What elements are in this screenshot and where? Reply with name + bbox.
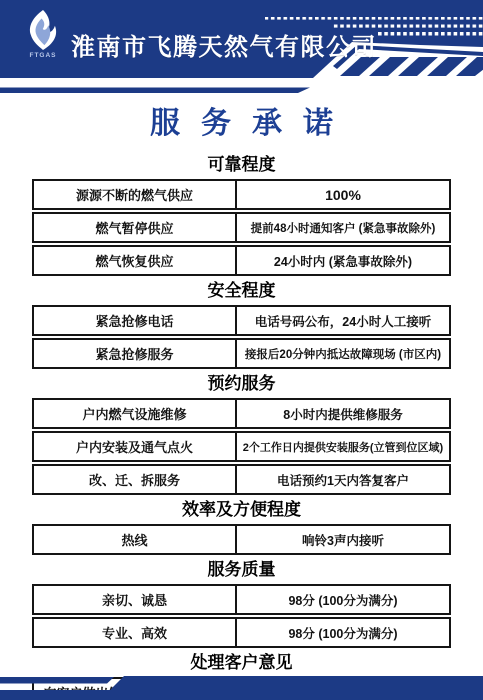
company-logo: FTGAS: [17, 9, 69, 59]
commitment-cell: 8小时内提供维修服务: [237, 400, 449, 427]
poster-page: FTGAS 淮南市飞腾天然气有限公司 服务承诺 可靠程度 源源不断的燃气供应 1…: [0, 0, 483, 700]
footer-band: [0, 676, 483, 700]
commitment-cell: 响铃3声内接听: [237, 526, 449, 553]
section-heading: 安全程度: [32, 281, 451, 301]
service-item-cell: 燃气暂停供应: [34, 214, 237, 241]
table-row: 热线 响铃3声内接听: [32, 524, 451, 555]
service-item-cell: 户内安装及通气点火: [34, 433, 237, 460]
commitment-cell: 24小时内 (紧急事故除外): [237, 247, 449, 274]
content-area: 服务承诺 可靠程度 源源不断的燃气供应 100% 燃气暂停供应 提前48小时通知…: [32, 100, 451, 700]
service-item-cell: 紧急抢修服务: [34, 340, 237, 367]
dots-row-1: [265, 17, 483, 21]
table-row: 专业、高效 98分 (100分为满分): [32, 617, 451, 648]
commitment-cell: 100%: [237, 181, 449, 208]
commitment-cell: 98分 (100分为满分): [237, 586, 449, 613]
table-row: 紧急抢修服务 接报后20分钟内抵达故障现场 (市区内): [32, 338, 451, 369]
table-row: 亲切、诚恳 98分 (100分为满分): [32, 584, 451, 615]
section-appointment: 预约服务 户内燃气设施维修 8小时内提供维修服务 户内安装及通气点火 2个工作日…: [32, 374, 451, 495]
commitment-cell: 电话号码公布，24小时人工接听: [237, 307, 449, 334]
header-banner: FTGAS 淮南市飞腾天然气有限公司: [0, 0, 483, 95]
section-heading: 效率及方便程度: [32, 500, 451, 520]
service-item-cell: 源源不断的燃气供应: [34, 181, 237, 208]
section-heading: 预约服务: [32, 374, 451, 394]
table-row: 源源不断的燃气供应 100%: [32, 179, 451, 210]
footer-accent-bar: [0, 677, 114, 684]
service-item-cell: 亲切、诚恳: [34, 586, 237, 613]
table-row: 燃气恢复供应 24小时内 (紧急事故除外): [32, 245, 451, 276]
table-row: 燃气暂停供应 提前48小时通知客户 (紧急事故除外): [32, 212, 451, 243]
section-heading: 服务质量: [32, 560, 451, 580]
commitment-cell: 电话预约1天内答复客户: [237, 466, 449, 493]
section-quality: 服务质量 亲切、诚恳 98分 (100分为满分) 专业、高效 98分 (100分…: [32, 560, 451, 648]
header-underline: [0, 88, 310, 94]
dots-row-3: [377, 32, 483, 36]
section-heading: 可靠程度: [32, 155, 451, 175]
logo-text: FTGAS: [29, 52, 56, 59]
table-row: 户内燃气设施维修 8小时内提供维修服务: [32, 398, 451, 429]
section-efficiency: 效率及方便程度 热线 响铃3声内接听: [32, 500, 451, 555]
service-item-cell: 专业、高效: [34, 619, 237, 646]
flame-logo-icon: [23, 9, 63, 51]
commitment-cell: 98分 (100分为满分): [237, 619, 449, 646]
table-row: 户内安装及通气点火 2个工作日内提供安装服务(立管到位区域): [32, 431, 451, 462]
service-item-cell: 改、迁、拆服务: [34, 466, 237, 493]
service-item-cell: 户内燃气设施维修: [34, 400, 237, 427]
company-name: 淮南市飞腾天然气有限公司: [71, 27, 377, 62]
page-title: 服务承诺: [32, 104, 451, 143]
commitment-cell: 接报后20分钟内抵达故障现场 (市区内): [237, 340, 449, 367]
commitment-cell: 2个工作日内提供安装服务(立管到位区域): [237, 433, 449, 460]
service-item-cell: 热线: [34, 526, 237, 553]
section-safety: 安全程度 紧急抢修电话 电话号码公布，24小时人工接听 紧急抢修服务 接报后20…: [32, 281, 451, 369]
service-item-cell: 紧急抢修电话: [34, 307, 237, 334]
table-row: 改、迁、拆服务 电话预约1天内答复客户: [32, 464, 451, 495]
commitment-cell: 提前48小时通知客户 (紧急事故除外): [237, 214, 449, 241]
section-reliability: 可靠程度 源源不断的燃气供应 100% 燃气暂停供应 提前48小时通知客户 (紧…: [32, 155, 451, 276]
section-heading: 处理客户意见: [32, 653, 451, 673]
table-row: 紧急抢修电话 电话号码公布，24小时人工接听: [32, 305, 451, 336]
service-item-cell: 燃气恢复供应: [34, 247, 237, 274]
